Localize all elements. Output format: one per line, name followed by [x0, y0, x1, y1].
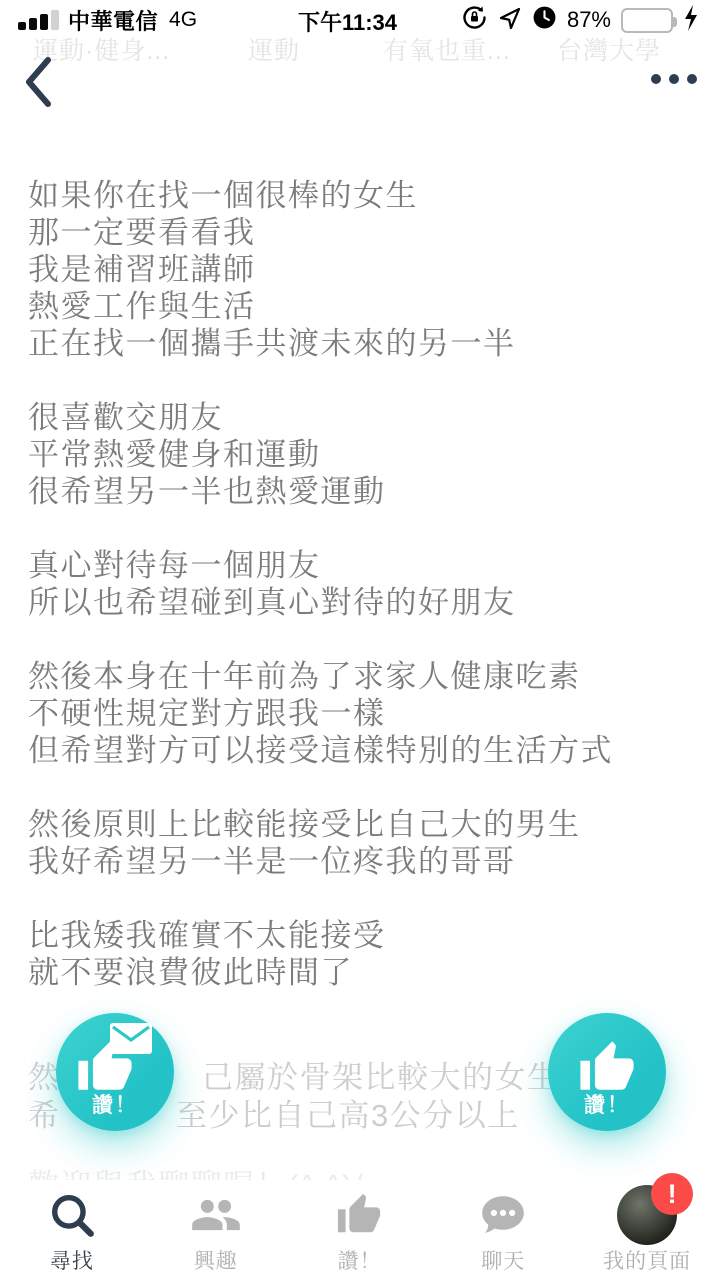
tab-search[interactable]: 尋找	[0, 1180, 144, 1280]
battery-icon	[621, 8, 673, 33]
profile-text-line: 很希望另一半也熱愛運動	[28, 473, 613, 510]
profile-text-line: 然後原則上比較能接受比自己大的男生	[28, 806, 613, 843]
paragraph: 很喜歡交朋友 平常熱愛健身和運動 很希望另一半也熱愛運動	[28, 399, 613, 510]
avatar: !	[617, 1185, 677, 1245]
alarm-clock-icon	[532, 5, 557, 35]
signal-strength-icon	[18, 10, 59, 30]
faded-fragment: 至少比自己高3公分以上	[176, 1090, 520, 1135]
profile-description: 如果你在找一個很棒的女生 那一定要看看我 我是補習班講師 熱愛工作與生活 正在找…	[28, 177, 613, 1028]
tab-label: 尋找	[50, 1245, 94, 1275]
like-button-label: 讚！	[548, 1089, 666, 1119]
profile-text-line: 就不要浪費彼此時間了	[28, 954, 613, 991]
message-envelope-icon	[110, 1023, 152, 1054]
tab-likes[interactable]: 讚！	[288, 1180, 432, 1280]
ellipsis-icon	[669, 74, 679, 84]
battery-percent-label: 87%	[567, 7, 611, 33]
app-screen: 運動·健身... 運動 有氧也重... 台灣大學 中華電信 4G 下午11:34…	[0, 0, 719, 1280]
like-button[interactable]: 讚！	[548, 1013, 666, 1131]
paragraph: 然後原則上比較能接受比自己大的男生 我好希望另一半是一位疼我的哥哥	[28, 806, 613, 880]
profile-text-line: 然後本身在十年前為了求家人健康吃素	[28, 658, 613, 695]
charging-bolt-icon	[683, 5, 699, 36]
tab-label: 聊天	[481, 1245, 525, 1275]
back-button[interactable]	[20, 55, 56, 109]
profile-text-line: 正在找一個攜手共渡未來的另一半	[28, 325, 613, 362]
paragraph: 如果你在找一個很棒的女生 那一定要看看我 我是補習班講師 熱愛工作與生活 正在找…	[28, 177, 613, 362]
profile-text-line: 熱愛工作與生活	[28, 288, 613, 325]
search-icon	[47, 1188, 97, 1242]
ellipsis-icon	[687, 74, 697, 84]
status-bar: 中華電信 4G 下午11:34 87%	[0, 0, 719, 42]
thumbs-up-icon	[336, 1188, 382, 1242]
chat-bubble-icon	[478, 1188, 528, 1242]
location-arrow-icon	[498, 6, 522, 35]
like-button-label: 讚！	[56, 1089, 174, 1119]
tab-interests[interactable]: 興趣	[144, 1180, 288, 1280]
profile-text-line: 平常熱愛健身和運動	[28, 436, 613, 473]
profile-text-line: 我是補習班講師	[28, 251, 613, 288]
profile-text-line: 比我矮我確實不太能接受	[28, 917, 613, 954]
orientation-lock-icon	[461, 4, 488, 36]
profile-text-line: 如果你在找一個很棒的女生	[28, 177, 613, 214]
clock-label: 下午11:34	[298, 6, 397, 37]
tab-label: 讚！	[337, 1245, 381, 1275]
profile-text-line: 那一定要看看我	[28, 214, 613, 251]
paragraph: 真心對待每一個朋友 所以也希望碰到真心對待的好朋友	[28, 547, 613, 621]
tab-bar: 尋找 興趣 讚！ 聊天 ! 我的頁面	[0, 1180, 719, 1280]
paragraph: 然後本身在十年前為了求家人健康吃素 不硬性規定對方跟我一樣 但希望對方可以接受這…	[28, 658, 613, 769]
tab-chat[interactable]: 聊天	[431, 1180, 575, 1280]
like-with-message-button[interactable]: 讚！	[56, 1013, 174, 1131]
paragraph: 比我矮我確實不太能接受 就不要浪費彼此時間了	[28, 917, 613, 991]
profile-text-line: 所以也希望碰到真心對待的好朋友	[28, 584, 613, 621]
people-icon	[190, 1188, 242, 1242]
profile-text-line: 不硬性規定對方跟我一樣	[28, 695, 613, 732]
more-options-button[interactable]	[651, 74, 697, 84]
profile-text-line: 很喜歡交朋友	[28, 399, 613, 436]
profile-text-line: 我好希望另一半是一位疼我的哥哥	[28, 843, 613, 880]
profile-text-line: 但希望對方可以接受這樣特別的生活方式	[28, 732, 613, 769]
profile-text-line: 真心對待每一個朋友	[28, 547, 613, 584]
network-type-label: 4G	[169, 8, 197, 32]
tab-label: 興趣	[194, 1245, 238, 1275]
ellipsis-icon	[651, 74, 661, 84]
chevron-left-icon	[21, 97, 55, 112]
tab-my-page[interactable]: ! 我的頁面	[575, 1180, 719, 1280]
tab-label: 我的頁面	[603, 1245, 691, 1275]
carrier-label: 中華電信	[68, 5, 158, 36]
notification-badge: !	[651, 1173, 693, 1215]
